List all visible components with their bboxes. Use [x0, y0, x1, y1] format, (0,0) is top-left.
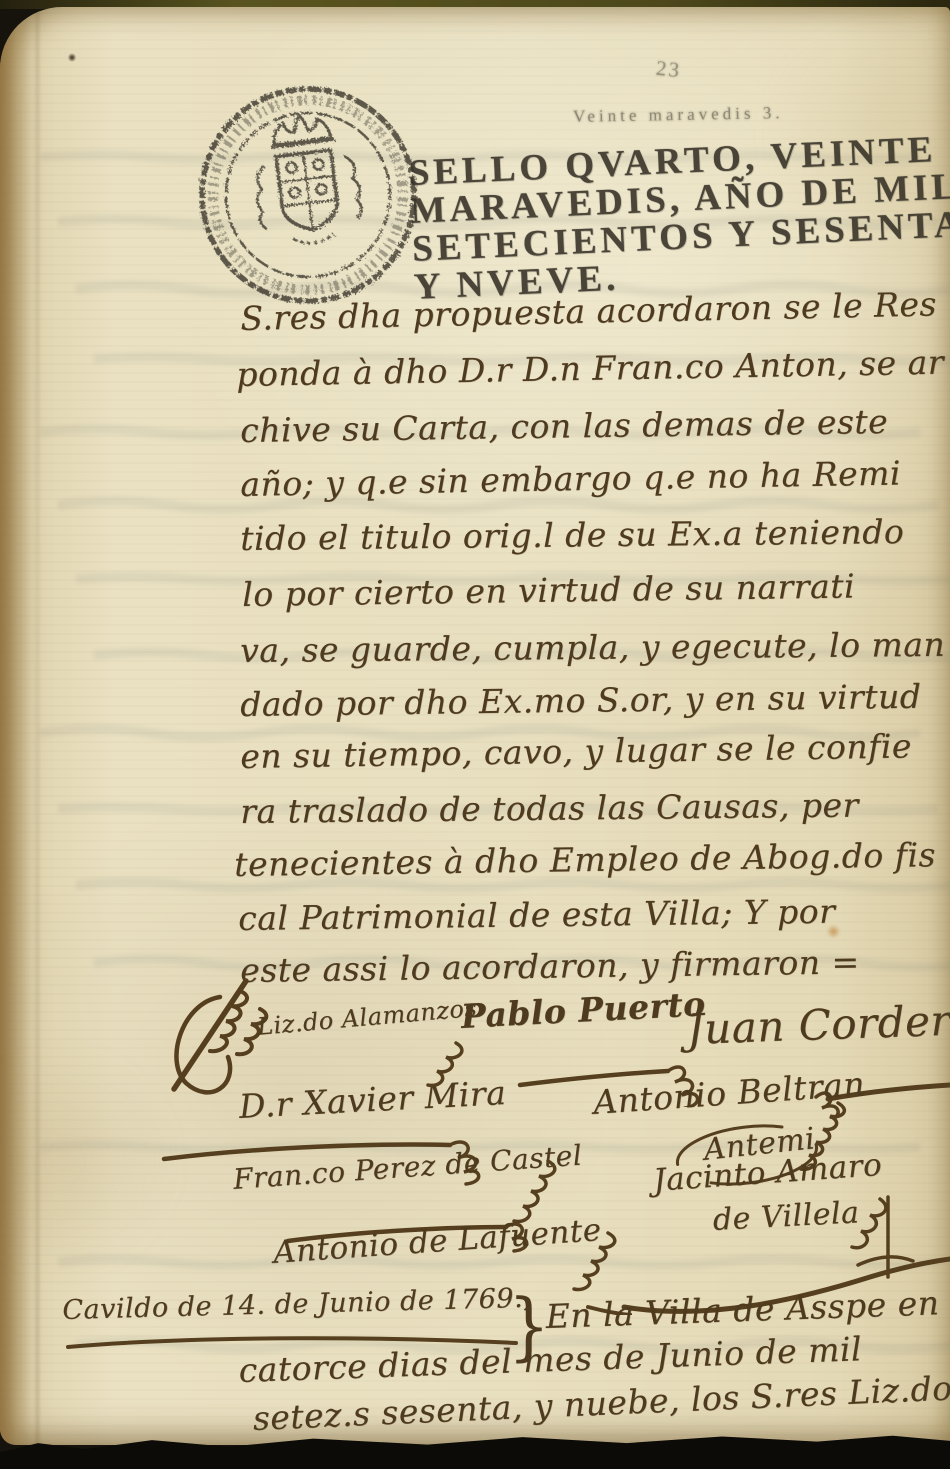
manuscript-scan: 23 Veinte maravedis 3. — [0, 0, 950, 1469]
manuscript-line: dado por dho Ex.mo S.or, y en su virtud — [240, 677, 922, 724]
manuscript-page: 23 Veinte maravedis 3. — [0, 7, 950, 1445]
manuscript-line: ra traslado de todas las Causas, per — [240, 786, 859, 831]
manuscript-line: va, se guarde, cumpla, y egecute, lo man — [240, 625, 945, 670]
royal-coat-of-arms-seal-icon — [179, 66, 438, 325]
faint-stamp-header: Veinte maravedis 3. — [573, 103, 784, 127]
faint-folio-mark: 23 — [655, 56, 682, 83]
manuscript-line: tido el titulo orig.l de su Ex.a teniend… — [240, 512, 904, 558]
ink-dot — [68, 53, 76, 62]
signature-juan-cordero: Juan Cordero — [686, 995, 950, 1054]
manuscript-line: cal Patrimonial de esta Villa; Y por — [238, 892, 836, 938]
signature-rubric — [416, 1037, 476, 1095]
fiscal-stamp-text: SELLO QVARTO, VEINTE MARAVEDIS, AÑO DE M… — [408, 130, 950, 307]
